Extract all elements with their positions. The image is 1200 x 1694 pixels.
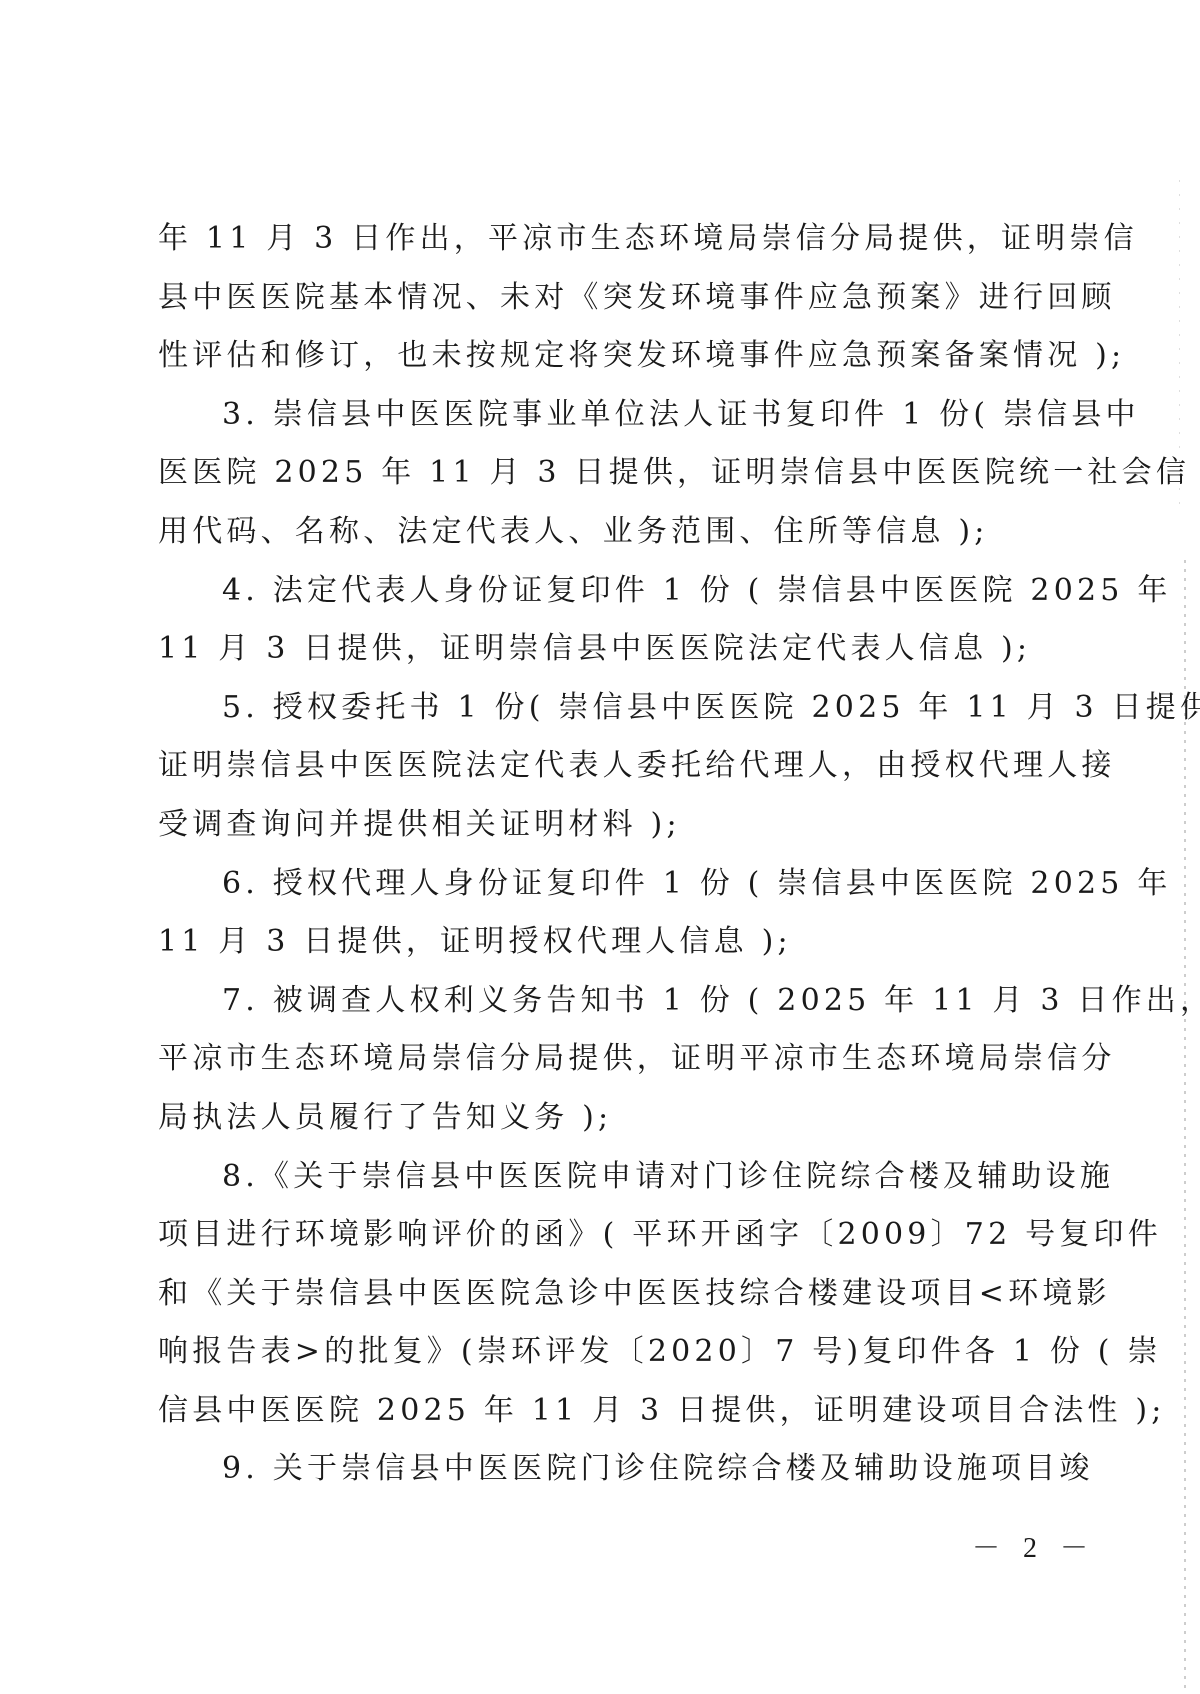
text-line: 9. 关于崇信县中医医院门诊住院综合楼及辅助设施项目竣 bbox=[158, 1440, 1038, 1499]
text-line: 6. 授权代理人身份证复印件 1 份 ( 崇信县中医医院 2025 年 bbox=[158, 855, 1038, 914]
document-page: 年 11 月 3 日作出，平凉市生态环境局崇信分局提供，证明崇信 县中医医院基本… bbox=[0, 0, 1200, 1694]
text-line: 5. 授权委托书 1 份( 崇信县中医医院 2025 年 11 月 3 日提供， bbox=[158, 679, 1038, 738]
page-number: － 2 － bbox=[972, 1526, 1096, 1566]
text-line: 11 月 3 日提供，证明崇信县中医医院法定代表人信息 ); bbox=[158, 620, 1038, 679]
text-line: 证明崇信县中医医院法定代表人委托给代理人，由授权代理人接 bbox=[158, 737, 1038, 796]
text-line: 和《关于崇信县中医医院急诊中医医技综合楼建设项目<环境影 bbox=[158, 1265, 1038, 1324]
text-line: 性评估和修订，也未按规定将突发环境事件应急预案备案情况 ); bbox=[158, 327, 1038, 386]
text-line: 信县中医医院 2025 年 11 月 3 日提供，证明建设项目合法性 ); bbox=[158, 1382, 1038, 1441]
scan-edge-artifact bbox=[1184, 560, 1186, 1690]
text-line: 县中医医院基本情况、未对《突发环境事件应急预案》进行回顾 bbox=[158, 269, 1038, 328]
text-line: 用代码、名称、法定代表人、业务范围、住所等信息 ); bbox=[158, 503, 1038, 562]
text-line: 年 11 月 3 日作出，平凉市生态环境局崇信分局提供，证明崇信 bbox=[158, 210, 1038, 269]
text-line: 响报告表>的批复》(崇环评发〔2020〕7 号)复印件各 1 份 ( 崇 bbox=[158, 1323, 1038, 1382]
text-line: 平凉市生态环境局崇信分局提供，证明平凉市生态环境局崇信分 bbox=[158, 1030, 1038, 1089]
text-line: 4. 法定代表人身份证复印件 1 份 ( 崇信县中医医院 2025 年 bbox=[158, 562, 1038, 621]
document-body: 年 11 月 3 日作出，平凉市生态环境局崇信分局提供，证明崇信 县中医医院基本… bbox=[158, 210, 1038, 1499]
text-line: 受调查询问并提供相关证明材料 ); bbox=[158, 796, 1038, 855]
text-line: 医医院 2025 年 11 月 3 日提供，证明崇信县中医医院统一社会信 bbox=[158, 444, 1038, 503]
text-line: 11 月 3 日提供，证明授权代理人信息 ); bbox=[158, 913, 1038, 972]
text-line: 8.《关于崇信县中医医院申请对门诊住院综合楼及辅助设施 bbox=[158, 1148, 1038, 1207]
text-line: 3. 崇信县中医医院事业单位法人证书复印件 1 份( 崇信县中 bbox=[158, 386, 1038, 445]
text-line: 7. 被调查人权利义务告知书 1 份 ( 2025 年 11 月 3 日作出， bbox=[158, 972, 1038, 1031]
text-line: 局执法人员履行了告知义务 ); bbox=[158, 1089, 1038, 1148]
text-line: 项目进行环境影响评价的函》( 平环开函字〔2009〕72 号复印件 bbox=[158, 1206, 1038, 1265]
